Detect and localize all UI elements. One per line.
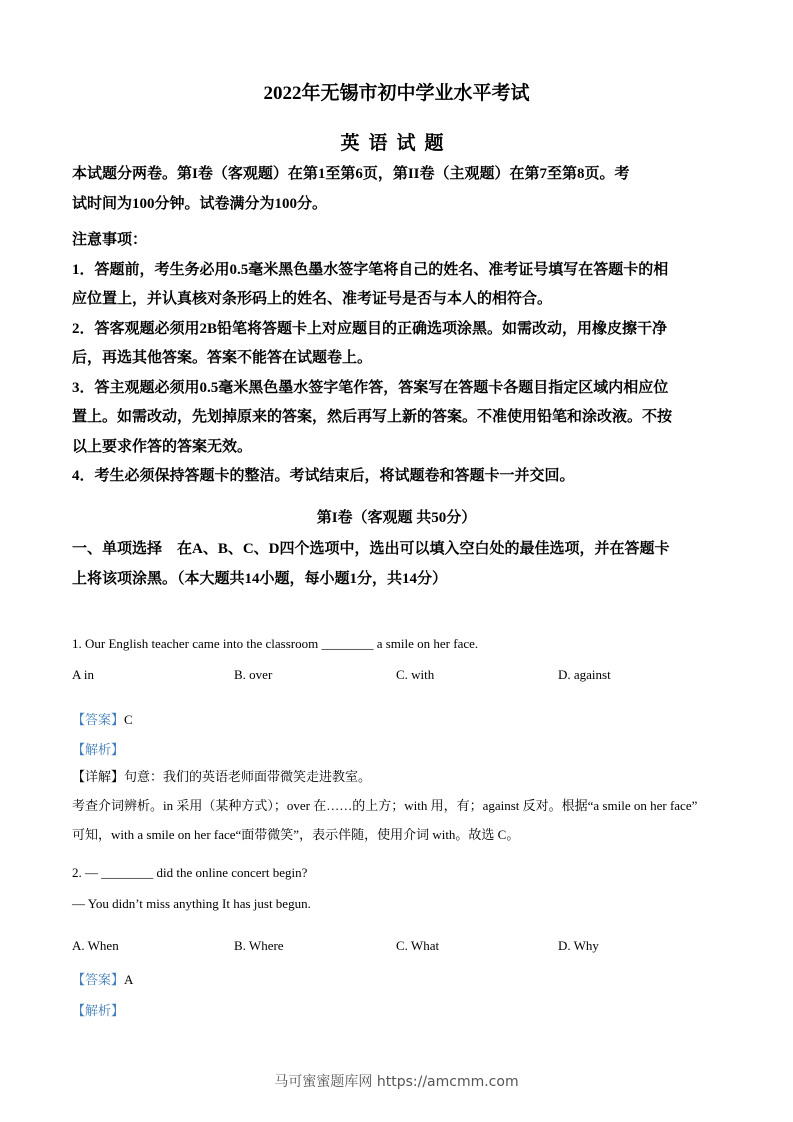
- answer-label: 【答案】: [72, 972, 124, 987]
- detail-text: 句意：我们的英语老师面带微笑走进教室。: [124, 769, 371, 784]
- option-a: A. When: [72, 938, 234, 954]
- note-line: 3．答主观题必须用0.5毫米黑色墨水签字笔作答，答案写在答题卡各题目指定区域内相…: [72, 374, 724, 404]
- answer-value: A: [124, 972, 133, 987]
- option-d: D. Why: [558, 938, 720, 954]
- note-line: 应位置上，并认真核对条形码上的姓名、准考证号是否与本人的相符合。: [72, 285, 724, 315]
- intro-line: 本试题分两卷。第I卷（客观题）在第1至第6页，第II卷（主观题）在第7至第8页。…: [72, 160, 724, 190]
- question-1-answer: 【答案】C: [72, 709, 133, 728]
- detail-line: 【详解】句意：我们的英语老师面带微笑走进教室。: [72, 762, 727, 791]
- notes-heading: 注意事项：: [72, 226, 724, 256]
- note-line: 后，再选其他答案。答案不能答在试题卷上。: [72, 344, 724, 374]
- question-2-options: A. When B. Where C. What D. Why: [72, 938, 724, 954]
- watermark-footer: 马可蜜蜜题库网 https://amcmm.com: [0, 1071, 793, 1091]
- option-d: D. against: [558, 667, 720, 683]
- exam-title: 2022年无锡市初中学业水平考试: [0, 78, 793, 105]
- option-b: B. Where: [234, 938, 396, 954]
- note-line: 2．答客观题必须用2B铅笔将答题卡上对应题目的正确选项涂黑。如需改动，用橡皮擦干…: [72, 315, 724, 345]
- answer-value: C: [124, 712, 133, 727]
- instr-line: 一、单项选择 在A、B、C、D四个选项中，选出可以填入空白处的最佳选项，并在答题…: [72, 535, 724, 565]
- option-b: B. over: [234, 667, 396, 683]
- intro-line: 试时间为100分钟。试卷满分为100分。: [72, 190, 724, 220]
- part1-heading: 第I卷（客观题 共50分）: [0, 506, 793, 527]
- explanation-line: 考查介词辨析。in 采用（某种方式）；over 在……的上方；with 用，有；…: [72, 791, 727, 820]
- instr-line: 上将该项涂黑。（本大题共14小题，每小题1分，共14分）: [72, 565, 724, 595]
- note-line: 4．考生必须保持答题卡的整洁。考试结束后，将试题卷和答题卡一并交回。: [72, 462, 724, 492]
- answer-label: 【答案】: [72, 712, 124, 727]
- option-c: C. What: [396, 938, 558, 954]
- notes: 注意事项： 1．答题前，考生务必用0.5毫米黑色墨水签字笔将自己的姓名、准考证号…: [72, 226, 724, 492]
- option-a: A in: [72, 667, 234, 683]
- note-line: 以上要求作答的答案无效。: [72, 433, 724, 463]
- detail-label: 【详解】: [72, 769, 124, 784]
- option-c: C. with: [396, 667, 558, 683]
- intro: 本试题分两卷。第I卷（客观题）在第1至第6页，第II卷（主观题）在第7至第8页。…: [72, 160, 724, 219]
- question-1-stem: 1. Our English teacher came into the cla…: [72, 636, 478, 652]
- analysis-label: 【解析】: [72, 742, 124, 757]
- note-line: 置上。如需改动，先划掉原来的答案，然后再写上新的答案。不准使用铅笔和涂改液。不按: [72, 403, 724, 433]
- note-line: 1．答题前，考生务必用0.5毫米黑色墨水签字笔将自己的姓名、准考证号填写在答题卡…: [72, 256, 724, 286]
- exam-subtitle: 英语试题: [0, 128, 793, 155]
- question-2-answer: 【答案】A: [72, 969, 133, 988]
- question-1-options: A in B. over C. with D. against: [72, 667, 724, 683]
- explanation-line: 可知，with a smile on her face“面带微笑”，表示伴随，使…: [72, 820, 727, 849]
- analysis-label: 【解析】: [72, 1003, 124, 1018]
- question-2-analysis: 【解析】: [72, 1000, 124, 1019]
- question-1-explanation: 【详解】句意：我们的英语老师面带微笑走进教室。 考查介词辨析。in 采用（某种方…: [72, 762, 727, 849]
- question-2-reply: — You didn’t miss anything It has just b…: [72, 896, 311, 912]
- question-2-stem: 2. — ________ did the online concert beg…: [72, 865, 307, 881]
- part1-instructions: 一、单项选择 在A、B、C、D四个选项中，选出可以填入空白处的最佳选项，并在答题…: [72, 535, 724, 594]
- question-1-analysis: 【解析】: [72, 739, 124, 758]
